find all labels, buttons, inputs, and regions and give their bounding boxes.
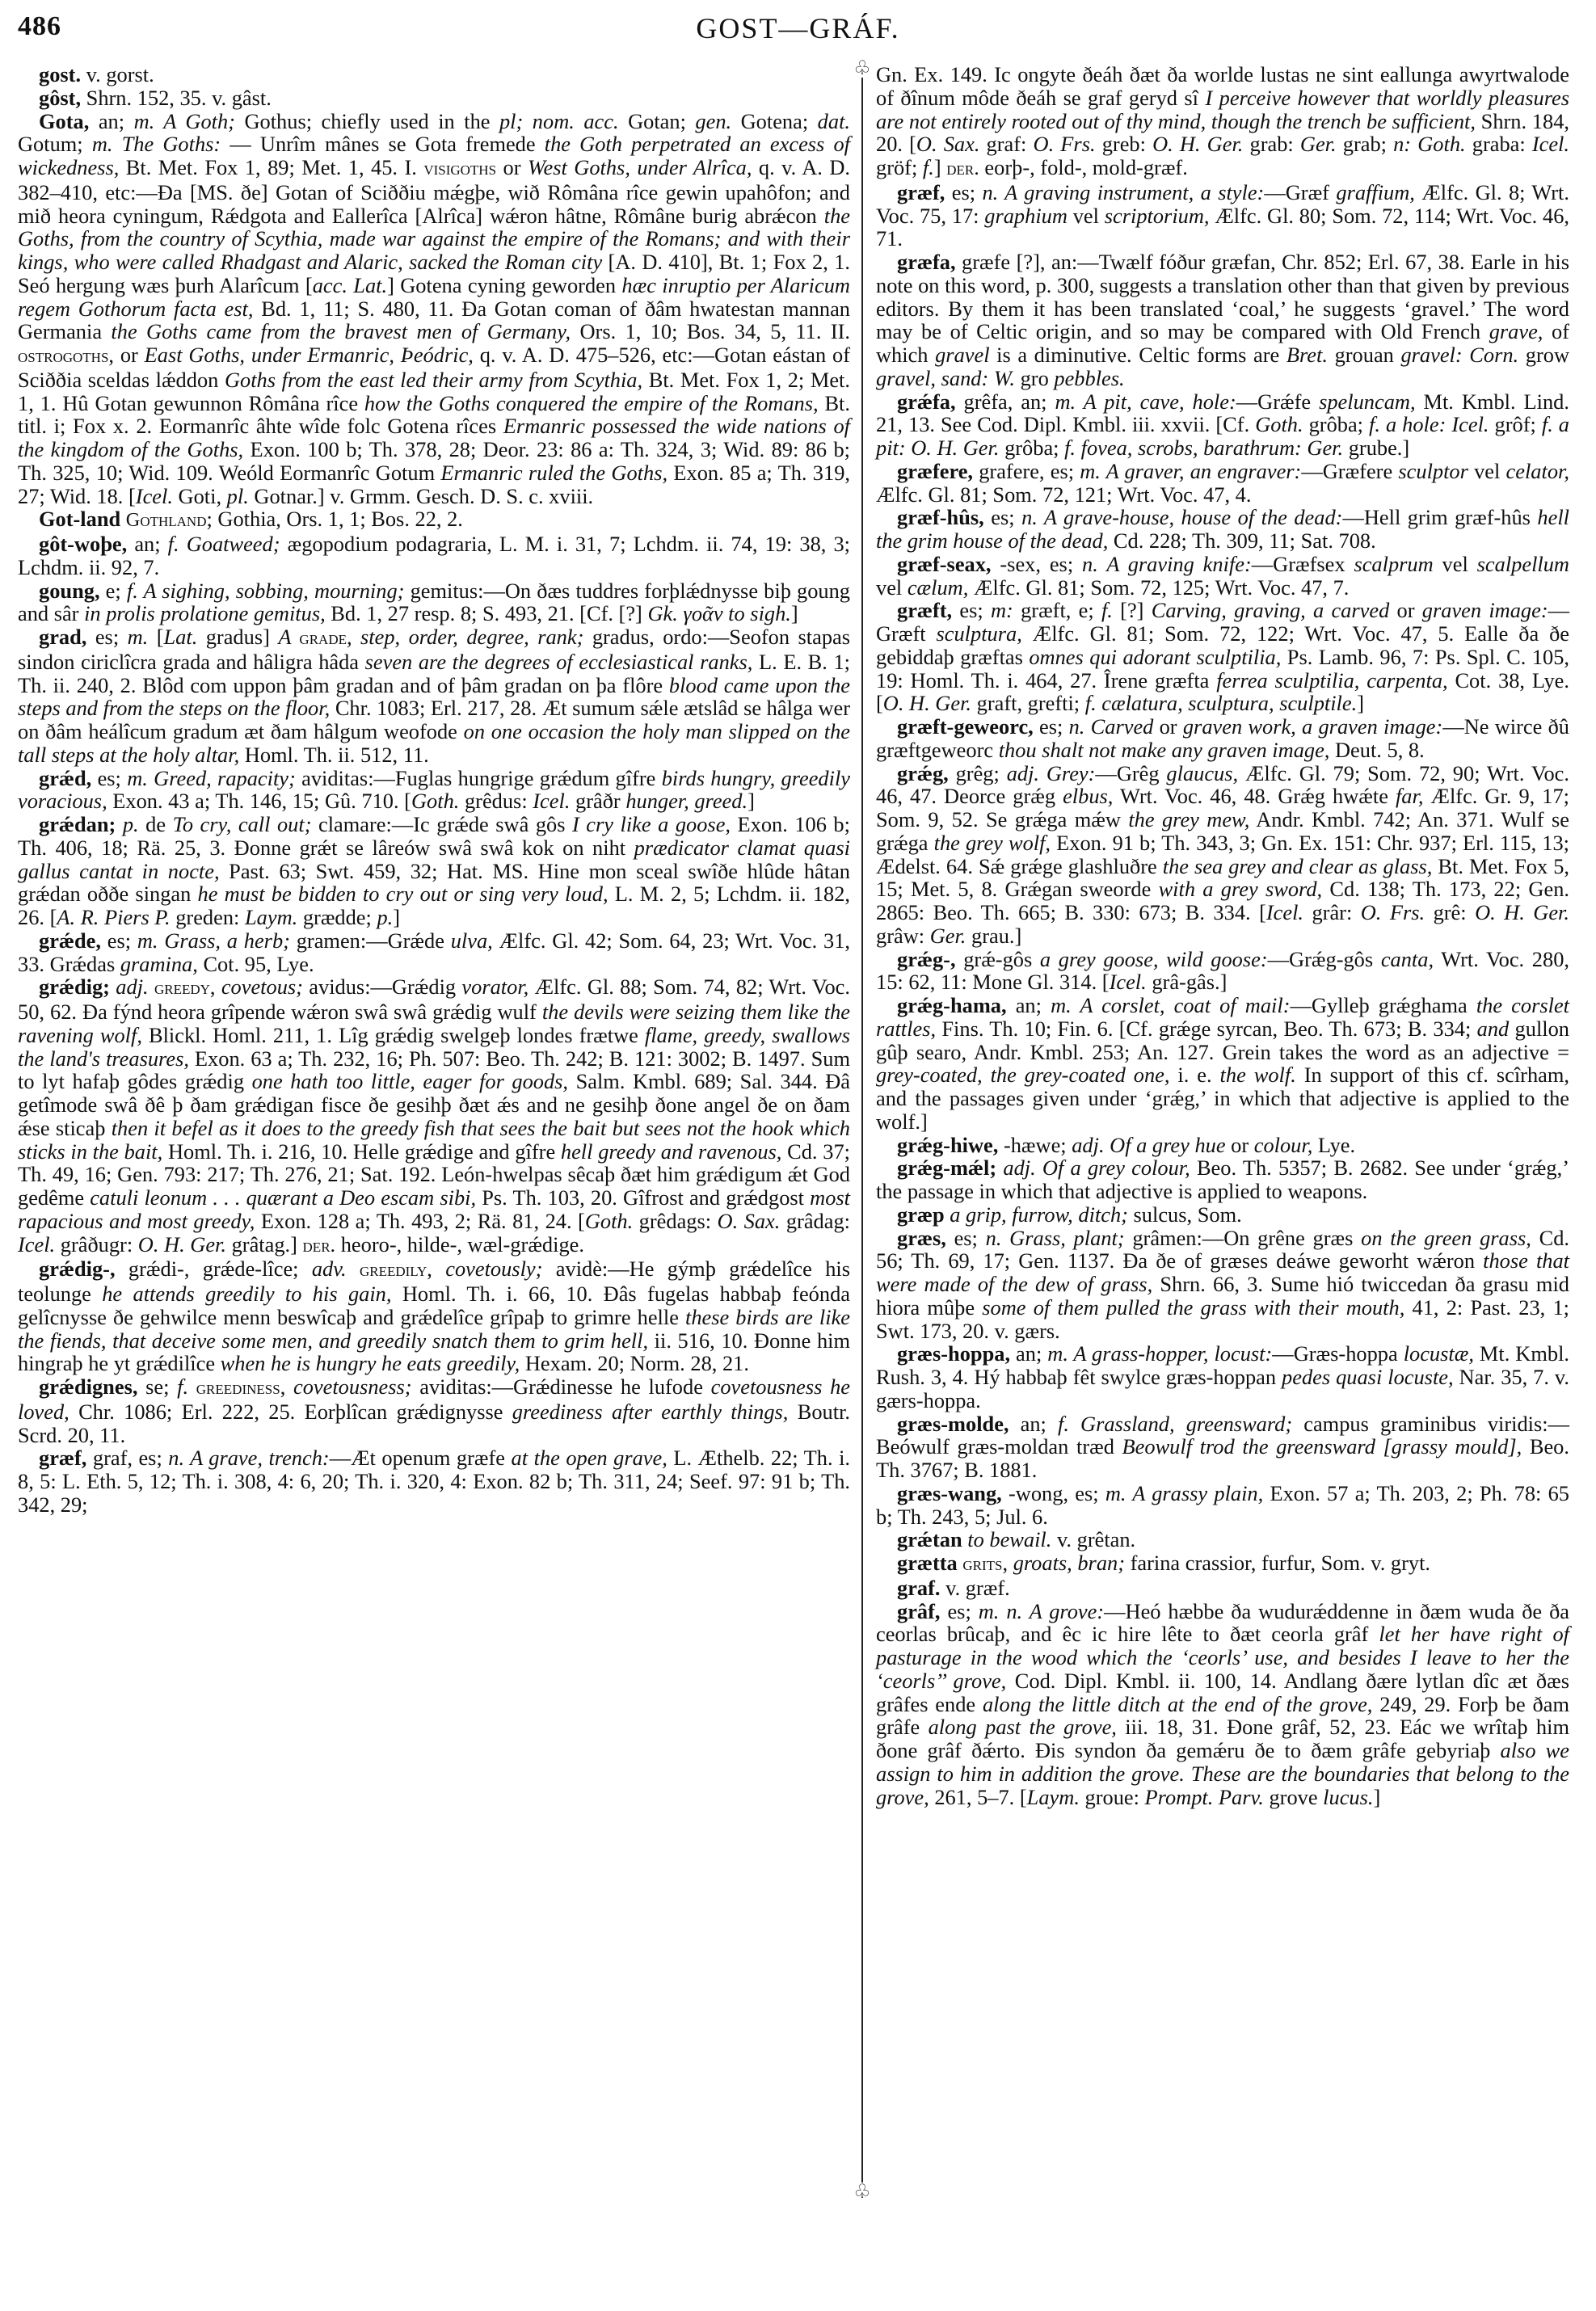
entry-text: on the green grass,: [1361, 1226, 1531, 1250]
dictionary-entry: grǽg-hiwe, -hæwe; adj. Of a grey hue or …: [876, 1134, 1569, 1157]
headword: grǽtan: [897, 1527, 962, 1551]
entry-text: Shrn. 152, 35. v. gâst.: [81, 86, 272, 110]
entry-text: aviditas:—Grǽdinesse he lufode: [412, 1374, 711, 1399]
entry-text: der: [303, 1235, 331, 1257]
entry-text: f.: [923, 155, 934, 179]
entry-text: es;: [1034, 714, 1069, 739]
entry-text: graft, grefti;: [971, 691, 1085, 715]
headword: grǽde,: [39, 928, 101, 953]
entry-text: es;: [86, 625, 127, 649]
entry-text: Bt. Met. Fox 1, 89; Met. 1, 45. I.: [119, 155, 423, 179]
headword: grǽdignes,: [39, 1374, 137, 1399]
entry-text: —Grǽfe: [1236, 389, 1319, 414]
entry-text: —Gylleþ grǽghama: [1290, 993, 1476, 1017]
entry-text: graf:: [979, 132, 1033, 156]
headword: græf-hûs,: [897, 505, 984, 529]
entry-text: grâr:: [1303, 900, 1361, 924]
dictionary-entry: grǽg-, grǽ-gôs a grey goose, wild goose:…: [876, 948, 1569, 995]
entry-text: the grey wolf,: [934, 831, 1051, 855]
headword: graf.: [897, 1576, 941, 1600]
entry-text: greden:: [171, 905, 245, 929]
entry-text: Bd. 1, 27 resp. 8; S. 493, 21. [Cf. [?]: [326, 601, 648, 625]
entry-text: East Goths, under Ermanric, Þeódric,: [145, 343, 474, 367]
entry-text: Beowulf trod the greensward [grassy moul…: [1122, 1434, 1522, 1459]
entry-text: grâðugr:: [55, 1232, 138, 1257]
entry-text: Prompt. Parv.: [1145, 1785, 1264, 1809]
entry-text: f. Goatweed;: [168, 532, 280, 556]
entry-text: es;: [945, 180, 982, 204]
entry-text: groue:: [1080, 1785, 1145, 1809]
entry-text: scalprum: [1354, 552, 1433, 576]
entry-text: colour,: [1254, 1133, 1313, 1157]
entry-text: , or: [108, 343, 144, 367]
dictionary-entry: graf. v. græf.: [876, 1576, 1569, 1600]
entry-text: grâmen:—On grêne græs: [1125, 1226, 1362, 1250]
entry-text: f. a hole: Icel.: [1369, 412, 1489, 436]
entry-text: greediness after earthly things,: [512, 1400, 789, 1424]
entry-text: es;: [101, 928, 137, 953]
entry-text: graba:: [1466, 132, 1532, 156]
entry-text: and: [1477, 1017, 1510, 1041]
dictionary-entry: græf, graf, es; n. A grave, trench:—Æt o…: [18, 1446, 850, 1516]
dictionary-entry: grǽde, es; m. Grass, a herb; gramen:—Grǽ…: [18, 929, 850, 976]
entry-text: O. H. Ger.: [138, 1232, 226, 1257]
entry-text: the grey mew,: [1128, 807, 1249, 831]
entry-text: cælum,: [907, 575, 969, 600]
entry-text: pebbles.: [1054, 366, 1124, 390]
entry-text: To cry, call out;: [173, 812, 312, 836]
entry-text: O. Sax.: [916, 132, 980, 156]
entry-text: Icel.: [18, 1232, 55, 1257]
entry-text: -hæwe;: [998, 1133, 1072, 1157]
headword: græs-wang,: [897, 1481, 1002, 1505]
headword: græp: [897, 1202, 945, 1227]
entry-text: f. A sighing, sobbing, mourning;: [127, 579, 405, 603]
entry-text: vorator,: [461, 974, 528, 999]
entry-text: der: [946, 158, 974, 179]
entry-text: pl; nom. acc.: [499, 109, 619, 133]
entry-text: Lat.: [163, 625, 197, 649]
entry-text: grâðr: [570, 789, 625, 813]
entry-text: canta,: [1381, 947, 1434, 971]
entry-text: m. A Goth;: [134, 109, 235, 133]
entry-text: grab:: [1243, 132, 1300, 156]
entry-text: greb:: [1096, 132, 1153, 156]
entry-text: hell greedy and ravenous,: [561, 1139, 782, 1164]
headword: grǽg,: [897, 761, 949, 785]
entry-text: [347, 1257, 360, 1281]
entry-text: ] Gotena cyning geworden: [387, 273, 621, 297]
entry-text: . eorþ-, fold-, mold-græf.: [974, 155, 1188, 179]
entry-text: m. Greed, rapacity;: [127, 766, 296, 790]
entry-text: n. A grave, trench:: [168, 1446, 329, 1470]
entry-text: Homl. Th. i. 216, 10. Helle grǽdige and …: [162, 1139, 561, 1164]
entry-text: ,: [427, 1257, 445, 1281]
entry-text: catuli leonum . . . quærant a Deo escam …: [90, 1185, 476, 1210]
entry-text: Ælfc. Gl. 81; Som. 72, 125; Wrt. Voc. 47…: [968, 575, 1349, 600]
entry-text: [: [148, 625, 163, 649]
entry-text: Gk. γοᾶν to sigh.: [647, 601, 790, 625]
entry-text: grow: [1518, 343, 1569, 367]
entry-text: Goth.: [585, 1209, 633, 1233]
entry-text: pl.: [227, 484, 249, 508]
entry-text: grab;: [1337, 132, 1394, 156]
dictionary-entry: grǽtan to bewail. v. grêtan.: [876, 1528, 1569, 1551]
headword: græf,: [39, 1446, 86, 1470]
entry-text: Homl. Th. ii. 512, 11.: [239, 743, 429, 767]
entry-text: sculptor: [1398, 459, 1468, 483]
entry-text: O. Frs.: [1361, 900, 1425, 924]
entry-text: f.: [1101, 598, 1113, 622]
entry-text: grǽ-gôs: [956, 947, 1040, 971]
entry-text: Exon. 43 a; Th. 146, 15; Gû. 710. [: [107, 789, 411, 813]
entry-text: n. Grass, plant;: [986, 1226, 1125, 1250]
dictionary-entry: græfa, græfe [?], an:—Twælf fóður græfan…: [876, 250, 1569, 390]
entry-text: the wolf.: [1220, 1063, 1296, 1087]
entry-text: Ors. 1, 10; Bos. 34, 5, 11. II.: [571, 319, 850, 343]
entry-text: greedily: [360, 1259, 427, 1281]
entry-text: -sex, es;: [992, 552, 1082, 576]
entry-text: Ger.: [1300, 132, 1337, 156]
entry-text: pedes quasi locuste,: [1282, 1365, 1454, 1389]
entry-text: -wong, es;: [1002, 1481, 1105, 1505]
entry-text: ]: [747, 789, 755, 813]
entry-text: grâ-gâs.]: [1147, 970, 1228, 994]
entry-text: ; Gothia, Ors. 1, 1; Bos. 22, 2.: [206, 507, 462, 531]
entry-text: —Græs-hoppa: [1272, 1341, 1403, 1366]
entry-text: seven are the degrees of ecclesiastical …: [365, 650, 753, 674]
dictionary-entry: græs-wang, -wong, es; m. A grassy plain,…: [876, 1482, 1569, 1529]
entry-text: an;: [127, 532, 167, 556]
entry-text: m. The Goths:: [92, 132, 221, 156]
headword: goung,: [39, 579, 100, 603]
entry-text: grôba;: [1303, 412, 1369, 436]
entry-text: gravel, sand: W.: [876, 366, 1015, 390]
entry-text: adj. Of a grey colour,: [1003, 1155, 1190, 1180]
entry-text: 261, 5–7. [: [929, 1785, 1027, 1809]
entry-text: n. A grave-house, house of the dead:: [1021, 505, 1342, 529]
entry-text: Lye.: [1312, 1133, 1355, 1157]
entry-text: —Græfsex: [1252, 552, 1354, 576]
entry-text: grau.]: [966, 924, 1021, 948]
entry-text: Bret.: [1286, 343, 1328, 367]
entry-text: grits: [962, 1553, 1002, 1575]
entry-text: m. A graver, an engraver:: [1080, 459, 1301, 483]
entry-text: es;: [91, 766, 127, 790]
entry-text: graphium: [984, 204, 1068, 228]
entry-text: Exon. 128 a; Th. 493, 2; Rä. 81, 24. [: [255, 1209, 584, 1233]
entry-text: an;: [89, 109, 133, 133]
entry-text: graven image:: [1422, 598, 1548, 622]
entry-text: in prolis prolatione gemitus,: [84, 601, 326, 625]
entry-text: O. H. Ger.: [1152, 132, 1243, 156]
entry-text: Icel.: [533, 789, 570, 813]
entry-text: ulva,: [451, 928, 493, 953]
dictionary-entry: grǽd, es; m. Greed, rapacity; aviditas:—…: [18, 767, 850, 814]
entry-text: graven work, a graven image:: [1183, 714, 1442, 739]
entry-text: visigoths: [423, 158, 496, 179]
entry-text: m:: [991, 598, 1013, 622]
entry-text: grêfa, an;: [956, 389, 1055, 414]
entry-text: grade: [299, 627, 347, 649]
entry-text: locustæ,: [1404, 1341, 1474, 1366]
dictionary-entry: Got-land Gothland; Gothia, Ors. 1, 1; Bo…: [18, 507, 850, 532]
entry-text: gen.: [695, 109, 731, 133]
entry-text: along past the grove,: [929, 1715, 1117, 1739]
dictionary-entry: gôst, Shrn. 152, 35. v. gâst.: [18, 86, 850, 110]
entry-text: p.: [123, 812, 139, 836]
entry-text: græfe [?], an:—Twælf fóður græfan, Chr. …: [876, 250, 1569, 343]
dictionary-entry: græs-hoppa, an; m. A grass-hopper, locus…: [876, 1342, 1569, 1412]
running-title: GOST—GRÁF.: [0, 11, 1596, 45]
entry-text: ostrogoths: [18, 345, 108, 367]
entry-text: how the Goths conquered the empire of th…: [364, 391, 819, 415]
entry-text: grafere, es;: [973, 459, 1080, 483]
headword: grætta: [897, 1551, 958, 1575]
headword: gôst,: [39, 86, 81, 110]
entry-text: n. A graving knife:: [1082, 552, 1252, 576]
dictionary-entry: græfere, grafere, es; m. A graver, an en…: [876, 460, 1569, 507]
entry-text: adj.: [116, 974, 148, 999]
entry-text: an;: [1007, 993, 1051, 1017]
entry-text: Blickl. Homl. 211, 1. Lîg grǽdig swelgeþ…: [142, 1023, 645, 1047]
headword: græs-molde,: [897, 1412, 1009, 1436]
entry-text: , step, order, degree, rank;: [347, 625, 583, 649]
entry-text: farina crassior, furfur, Som. v. gryt.: [1125, 1551, 1430, 1575]
dictionary-entry: goung, e; f. A sighing, sobbing, mournin…: [18, 579, 850, 626]
dictionary-entry: grǽdig; adj. greedy, covetous; avidus:—G…: [18, 975, 850, 1257]
entry-text: adj. Of a grey hue: [1072, 1133, 1225, 1157]
entry-text: grædde;: [297, 905, 377, 929]
entry-text: covetousness;: [293, 1374, 412, 1399]
entry-text: O. Sax.: [718, 1209, 781, 1233]
entry-text: vel: [876, 575, 907, 600]
headword: græfa,: [897, 250, 956, 274]
entry-text: I cry like a goose,: [572, 812, 731, 836]
entry-text: v. grêtan.: [1051, 1527, 1135, 1551]
entry-text: f.: [177, 1374, 188, 1399]
entry-text: he attends greedily to his gain,: [102, 1282, 391, 1306]
right-column: Gn. Ex. 149. Ic ongyte ðeáh ðæt ða world…: [876, 63, 1569, 1808]
entry-text: Laym.: [1027, 1785, 1080, 1809]
dictionary-entry: grad, es; m. [Lat. gradus] A grade, step…: [18, 625, 850, 767]
entry-text: grâdag:: [780, 1209, 850, 1233]
entry-text: gravel: Corn.: [1400, 343, 1518, 367]
entry-text: ]: [791, 601, 798, 625]
entry-text: ,: [1002, 1551, 1013, 1575]
entry-text: glaucus,: [1166, 761, 1238, 785]
entry-text: [188, 1374, 196, 1399]
entry-text: at the open grave,: [512, 1446, 667, 1470]
headword: grad,: [39, 625, 86, 649]
entry-text: p.: [377, 905, 393, 929]
dictionary-entry: græft-geweorc, es; n. Carved or graven w…: [876, 715, 1569, 762]
entry-text: far,: [1396, 784, 1423, 808]
entry-text: ferrea sculptilia, carpenta,: [1216, 668, 1447, 692]
entry-text: Goths from the east led their army from …: [225, 368, 642, 392]
entry-text: an;: [1009, 1412, 1058, 1436]
dictionary-entry: grǽdig-, grǽdi-, grǽde-lîce; adv. greedi…: [18, 1257, 850, 1375]
entry-text: m. Grass, a herb;: [137, 928, 290, 953]
entry-text: to bewail.: [967, 1527, 1051, 1551]
entry-text: celator,: [1506, 459, 1569, 483]
entry-text: m. n. A grove:: [979, 1599, 1104, 1623]
entry-text: se;: [137, 1374, 177, 1399]
entry-text: Gotnar.] v. Grmm. Gesch. D. S. c. xviii.: [249, 484, 593, 508]
headword: Got-land: [39, 507, 120, 531]
entry-text: Goth.: [1255, 412, 1303, 436]
entry-text: m. A corslet, coat of mail:: [1051, 993, 1290, 1017]
entry-text: one hath too little, eager for goods,: [252, 1069, 568, 1093]
entry-text: grêdags:: [633, 1209, 717, 1233]
entry-text: grube.]: [1343, 436, 1409, 460]
dictionary-entry: Gn. Ex. 149. Ic ongyte ðeáh ðæt ða world…: [876, 63, 1569, 181]
entry-text: vel: [1434, 552, 1477, 576]
dictionary-entry: grætta grits, groats, bran; farina crass…: [876, 1551, 1569, 1576]
entry-text: O. Frs.: [1034, 132, 1096, 156]
entry-text: or: [1226, 1133, 1254, 1157]
dictionary-entry: grǽg-hama, an; m. A corslet, coat of mai…: [876, 994, 1569, 1134]
entry-text: ]: [393, 905, 400, 929]
entry-text: e;: [100, 579, 127, 603]
entry-text: gramina,: [120, 952, 198, 976]
entry-text: . heoro-, hilde-, wæl-grǽdige.: [331, 1232, 584, 1257]
entry-text: —Grêg: [1095, 761, 1166, 785]
entry-text: f. cælatura, sculptura, sculptile.: [1085, 691, 1357, 715]
entry-text: Icel.: [136, 484, 173, 508]
entry-text: sculptura,: [937, 621, 1022, 646]
entry-text: grove: [1264, 1785, 1323, 1809]
headword: grǽfa,: [897, 389, 956, 414]
entry-text: m. A grass-hopper, locust:: [1047, 1341, 1272, 1366]
headword: græfere,: [897, 459, 973, 483]
entry-text: acc. Lat.: [313, 273, 387, 297]
entry-text: a grey goose, wild goose:: [1040, 947, 1268, 971]
dictionary-entry: græf-hûs, es; n. A grave-house, house of…: [876, 506, 1569, 553]
entry-text: Gotan;: [619, 109, 696, 133]
headword: grǽdig-,: [39, 1257, 116, 1281]
entry-text: hunger, greed.: [625, 789, 747, 813]
entry-text: sulcus, Som.: [1128, 1202, 1242, 1227]
entry-text: graffium,: [1336, 180, 1415, 204]
headword: grǽg-hiwe,: [897, 1133, 998, 1157]
headword: græs-hoppa,: [897, 1341, 1010, 1366]
entry-text: —Græf: [1264, 180, 1336, 204]
entry-text: A. R. Piers P.: [57, 905, 170, 929]
dictionary-entry: græf, es; n. A graving instrument, a sty…: [876, 181, 1569, 250]
entry-text: Laym.: [245, 905, 297, 929]
entry-text: Ger.: [930, 924, 966, 948]
entry-text: West Goths, under Alrîca,: [528, 155, 752, 179]
entry-text: Hexam. 20; Norm. 28, 21.: [520, 1351, 749, 1375]
entry-text: is a diminutive. Celtic forms are: [990, 343, 1286, 367]
entry-text: [120, 507, 126, 531]
entry-text: Gothus; chiefly used in the: [235, 109, 499, 133]
dictionary-entry: grâf, es; m. n. A grove:—Heó hæbbe ða wu…: [876, 1600, 1569, 1809]
entry-text: n. A graving instrument, a style:: [982, 180, 1264, 204]
entry-text: —Hell grim græf-hûs: [1342, 505, 1537, 529]
entry-text: de: [139, 812, 173, 836]
dictionary-entry: grǽdignes, se; f. greediness, covetousne…: [18, 1375, 850, 1446]
entry-text: groats, bran;: [1013, 1551, 1125, 1575]
entry-text: Gotena;: [731, 109, 818, 133]
entry-text: græft, e;: [1013, 598, 1101, 622]
entry-text: Icel.: [1266, 900, 1303, 924]
entry-text: adv.: [312, 1257, 347, 1281]
entry-text: Chr. 1086; Erl. 222, 25. Eorþlîcan grǽdi…: [69, 1400, 512, 1424]
entry-text: greedy: [154, 977, 210, 999]
entry-text: covetous;: [221, 974, 303, 999]
entry-text: elbus,: [1063, 784, 1113, 808]
entry-text: gradus]: [197, 625, 278, 649]
entry-text: i. e.: [1169, 1063, 1219, 1087]
entry-text: —Græfere: [1301, 459, 1398, 483]
entry-text: grǽdi-, grǽde-lîce;: [116, 1257, 312, 1281]
entry-text: some of them pulled the grass with their…: [982, 1295, 1404, 1320]
entry-text: Wrt. Voc. 46, 48. Grǽg hwǽte: [1113, 784, 1396, 808]
entry-text: Gothland: [126, 509, 207, 531]
entry-text: Goth.: [411, 789, 459, 813]
entry-text: aviditas:—Fuglas hungrige grǽdum gîfre: [296, 766, 662, 790]
column-ornament-bottom-icon: ♧: [852, 2182, 873, 2203]
entry-text: m. A grassy plain,: [1105, 1481, 1263, 1505]
entry-text: the sea grey and clear as glass,: [1163, 854, 1433, 878]
entry-text: grê:: [1425, 900, 1475, 924]
entry-text: Deut. 5, 8.: [1329, 738, 1424, 762]
entry-text: grouan: [1328, 343, 1401, 367]
entry-text: grâtag.]: [226, 1232, 303, 1257]
entry-text: graf, es;: [86, 1446, 168, 1470]
entry-text: f. fovea, scrobs, barathrum: Ger.: [1064, 436, 1343, 460]
headword: gost.: [39, 62, 81, 86]
entry-text: vel: [1068, 204, 1105, 228]
entry-text: ]: [1357, 691, 1364, 715]
entry-text: covetously;: [445, 1257, 542, 1281]
entry-text: ]: [934, 155, 946, 179]
headword: grǽd,: [39, 766, 91, 790]
entry-text: Ps. Th. 103, 20. Gîfrost and grǽdgost: [476, 1185, 810, 1210]
entry-text: v. græf.: [941, 1576, 1010, 1600]
entry-text: [?]: [1113, 598, 1152, 622]
entry-text: an;: [1010, 1341, 1047, 1366]
entry-text: gramen:—Grǽde: [290, 928, 451, 953]
entry-text: — Unrîm mânes se Gota fremede: [221, 132, 545, 156]
dictionary-entry: græp a grip, furrow, ditch; sulcus, Som.: [876, 1203, 1569, 1227]
entry-text: omnes qui adorant sculptilia,: [1029, 645, 1281, 669]
entry-text: Cot. 95, Lye.: [198, 952, 314, 976]
dictionary-entry: græf-seax, -sex, es; n. A graving knife:…: [876, 553, 1569, 600]
entry-text: scriptorium,: [1105, 204, 1210, 228]
dictionary-entry: Gota, an; m. A Goth; Gothus; chiefly use…: [18, 110, 850, 508]
entry-text: grêdus:: [459, 789, 533, 813]
entry-text: along the little ditch at the end of the…: [983, 1692, 1372, 1716]
entry-text: Goti,: [173, 484, 227, 508]
entry-text: with a grey sword,: [1159, 877, 1323, 901]
dictionary-entry: græs, es; n. Grass, plant; grâmen:—On gr…: [876, 1227, 1569, 1343]
entry-text: [116, 812, 123, 836]
entry-text: Gotum;: [18, 132, 92, 156]
entry-text: gröf;: [876, 155, 923, 179]
entry-text: adj. Grey:: [1007, 761, 1096, 785]
entry-text: Ermanric ruled the Goths,: [440, 461, 667, 485]
entry-text: f. Grassland, greensward;: [1058, 1412, 1292, 1436]
entry-text: grave,: [1489, 319, 1543, 343]
entry-text: O. H. Ger.: [1475, 900, 1569, 924]
entry-text: ,: [280, 1374, 293, 1399]
entry-text: gro: [1015, 366, 1054, 390]
dictionary-entry: grǽdan; p. de To cry, call out; clamare:…: [18, 813, 850, 929]
dictionary-entry: græs-molde, an; f. Grassland, greensward…: [876, 1412, 1569, 1482]
